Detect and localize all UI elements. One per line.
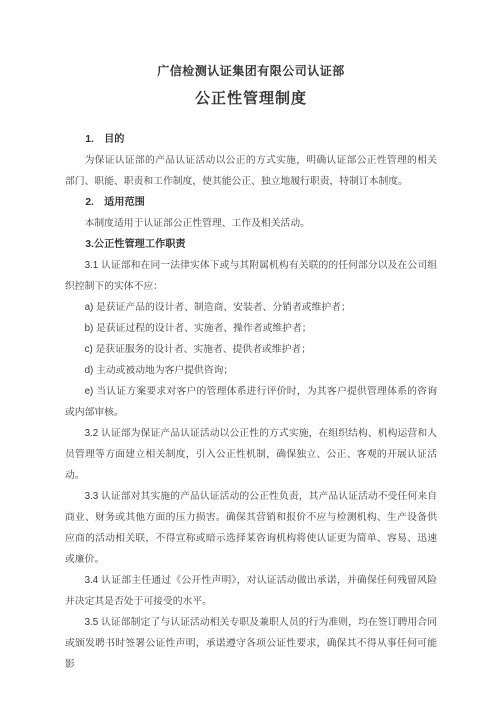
paragraph-duty-3-4: 3.4 认证部主任通过《公开性声明》，对认证活动做出承诺，并确保任何残留风险并决… <box>65 570 437 612</box>
paragraph-purpose: 为保证认证部的产品认证活动以公正的方式实施，明确认证部公正性管理的相关部门、职能… <box>65 150 437 192</box>
list-item-e: e) 当认证方案要求对客户的管理体系进行评价时，为其客户提供管理体系的咨询或内部… <box>65 381 437 423</box>
paragraph-duty-3-5: 3.5 认证部制定了与认证活动相关专职及兼职人员的行为准则，均在签订聘用合同或颁… <box>65 612 437 675</box>
paragraph-scope: 本制度适用于认证部公正性管理、工作及相关活动。 <box>65 213 437 234</box>
list-item-a: a) 是获证产品的设计者、制造商、安装者、分销者或维护者； <box>65 297 437 318</box>
paragraph-duty-3-2: 3.2 认证部为保证产品认证活动以公正性的方式实施，在组织结构、机构运营和人员管… <box>65 423 437 486</box>
section-heading-scope: 2. 适用范围 <box>65 192 437 213</box>
list-item-c: c) 是获证服务的设计者、实施者、提供者或维护者； <box>65 339 437 360</box>
section-heading-purpose: 1. 目的 <box>65 129 437 150</box>
paragraph-duty-3-3: 3.3 认证部对其实施的产品认证活动的公正性负责，其产品认证活动不受任何来自商业… <box>65 486 437 570</box>
document-page: 广信检测认证集团有限公司认证部 公正性管理制度 1. 目的 为保证认证部的产品认… <box>0 0 500 707</box>
list-item-d: d) 主动或被动地为客户提供咨询； <box>65 360 437 381</box>
paragraph-duty-3-1: 3.1 认证部和在同一法律实体下或与其附属机构有关联的的任何部分以及在公司组织控… <box>65 255 437 297</box>
section-heading-duties: 3.公正性管理工作职责 <box>65 234 437 255</box>
list-item-b: b) 是获证过程的设计者、实施者、操作者或维护者； <box>65 318 437 339</box>
document-title: 公正性管理制度 <box>65 89 437 108</box>
document-org-title: 广信检测认证集团有限公司认证部 <box>65 63 437 79</box>
document-body: 1. 目的 为保证认证部的产品认证活动以公正的方式实施，明确认证部公正性管理的相… <box>65 129 437 675</box>
